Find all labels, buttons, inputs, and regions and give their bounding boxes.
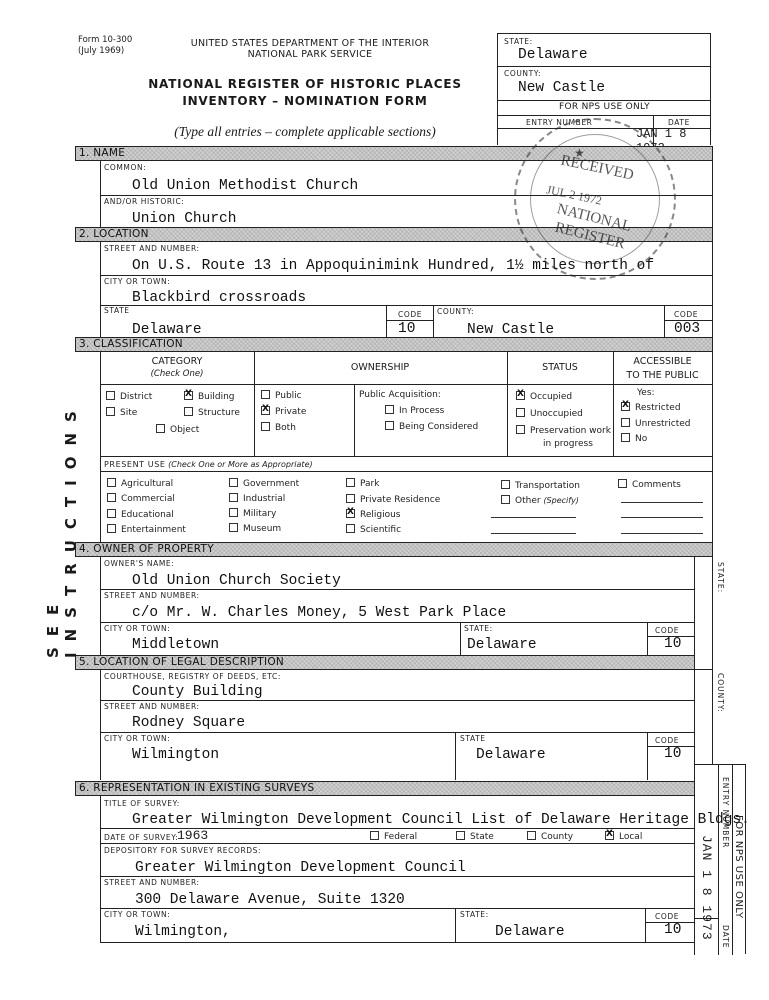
checkbox-commercial[interactable]: Commercial [107, 493, 175, 504]
section-classification-header: 3. CLASSIFICATION [75, 337, 713, 352]
survey-date-value[interactable]: 1963 [177, 828, 208, 843]
checkbox-site[interactable]: Site [106, 407, 137, 418]
accessible-header: ACCESSIBLE TO THE PUBLIC [613, 355, 712, 383]
checkbox-private[interactable]: Private [261, 406, 306, 417]
checkbox-icon [370, 831, 379, 840]
state-value[interactable]: Delaware [518, 47, 588, 63]
department-heading: UNITED STATES DEPARTMENT OF THE INTERIOR… [150, 38, 470, 60]
checkbox-icon [621, 433, 630, 442]
form-number: Form 10-300 (July 1969) [78, 35, 132, 57]
owner-city-label: CITY OR TOWN: [104, 624, 170, 633]
checkbox-label: Preservation work [530, 426, 611, 436]
owner-street-value[interactable]: c/o Mr. W. Charles Money, 5 West Park Pl… [132, 605, 506, 621]
checkbox-label: Local [619, 832, 642, 842]
checkbox-icon [107, 478, 116, 487]
checkbox-icon [229, 508, 238, 517]
survey-state-label: STATE: [460, 910, 489, 919]
checkbox-label: Other [515, 496, 541, 506]
checkbox-label: Educational [121, 510, 174, 520]
comments-line-2[interactable] [621, 517, 703, 518]
checkbox-label: Both [275, 423, 296, 433]
form-instructions: (Type all entries – complete applicable … [150, 124, 460, 140]
checkbox-label: Religious [360, 510, 401, 520]
other-line-2[interactable] [491, 533, 576, 534]
checkbox-label: Federal [384, 832, 417, 842]
survey-title-value[interactable]: Greater Wilmington Development Council L… [132, 812, 750, 828]
side-nps-box: ENTRY NUMBER DATE FOR NPS USE ONLY JAN 1… [694, 764, 746, 954]
category-header-text: CATEGORY [100, 355, 254, 368]
checkbox-icon [527, 831, 536, 840]
owner-name-value[interactable]: Old Union Church Society [132, 573, 341, 589]
checkbox-icon [107, 493, 116, 502]
checkbox-icon [618, 479, 627, 488]
checkbox-icon [106, 407, 115, 416]
checkbox-label: Restricted [635, 403, 681, 413]
checkbox-icon [346, 524, 355, 533]
owner-state-value[interactable]: Delaware [467, 637, 537, 653]
present-use-label: PRESENT USE [104, 460, 166, 469]
state-code-value[interactable]: 10 [398, 321, 415, 337]
checkbox-local[interactable]: Local [605, 831, 642, 842]
legal-city-label: CITY OR TOWN: [104, 734, 170, 743]
depository-label: DEPOSITORY FOR SURVEY RECORDS: [104, 846, 261, 855]
status-continuation: in progress [543, 439, 593, 449]
checkbox-label: Building [198, 392, 235, 402]
checkbox-checked-icon [261, 406, 270, 415]
section-surveys-header: 6. REPRESENTATION IN EXISTING SURVEYS [75, 781, 695, 796]
checkbox-icon [385, 405, 394, 414]
legal-city-value[interactable]: Wilmington [132, 747, 219, 763]
checkbox-label: District [120, 392, 152, 402]
checkbox-icon [184, 407, 193, 416]
section-location-header: 2. LOCATION [75, 227, 713, 242]
checkbox-icon [516, 425, 525, 434]
checkbox-icon [156, 424, 165, 433]
accessible-header-1: ACCESSIBLE [613, 355, 712, 369]
common-name-value[interactable]: Old Union Methodist Church [132, 178, 358, 194]
checkbox-label: Park [360, 479, 379, 489]
checkbox-object[interactable]: Object [156, 424, 199, 435]
side-date-value: JAN 1 8 1973 [699, 835, 714, 941]
survey-city-value[interactable]: Wilmington, [135, 924, 231, 940]
checkbox-comments[interactable]: Comments [618, 479, 681, 490]
checkbox-restricted[interactable]: Restricted [621, 402, 681, 413]
checkbox-private-residence[interactable]: Private Residence [346, 494, 440, 505]
checkbox-military[interactable]: Military [229, 508, 276, 519]
category-sub-text: (Check One) [100, 368, 254, 381]
date-label: DATE [668, 118, 690, 127]
checkbox-icon [229, 478, 238, 487]
owner-code-value[interactable]: 10 [664, 636, 681, 652]
checkbox-icon [516, 408, 525, 417]
legal-state-value[interactable]: Delaware [476, 747, 546, 763]
checkbox-label: Structure [198, 408, 240, 418]
checkbox-checked-icon [621, 402, 630, 411]
checkbox-county[interactable]: County [527, 831, 573, 842]
checkbox-icon [456, 831, 465, 840]
checkbox-icon [107, 509, 116, 518]
legal-street-label: STREET AND NUMBER: [104, 702, 200, 711]
checkbox-label: Site [120, 408, 137, 418]
nps-use-label: FOR NPS USE ONLY [498, 102, 711, 112]
checkbox-icon [346, 478, 355, 487]
accessible-yes-label: Yes: [637, 388, 655, 398]
checkbox-label: Industrial [243, 494, 285, 504]
checkbox-icon [229, 523, 238, 532]
legal-code-value[interactable]: 10 [664, 746, 681, 762]
ownership-header: OWNERSHIP [254, 362, 506, 373]
legal-state-label: STATE [460, 734, 486, 743]
street-label: STREET AND NUMBER: [104, 244, 200, 253]
checkbox-label: Private Residence [360, 495, 440, 505]
survey-street-value[interactable]: 300 Delaware Avenue, Suite 1320 [135, 892, 405, 908]
form-title: NATIONAL REGISTER OF HISTORIC PLACES INV… [130, 76, 480, 110]
checkbox-label: Government [243, 479, 299, 489]
checkbox-industrial[interactable]: Industrial [229, 493, 285, 504]
checkbox-label: Military [243, 509, 276, 519]
checkbox-building[interactable]: Building [184, 391, 235, 402]
courthouse-value[interactable]: County Building [132, 684, 263, 700]
checkbox-label: State [470, 832, 494, 842]
title-line-1: NATIONAL REGISTER OF HISTORIC PLACES [130, 76, 480, 93]
checkbox-structure[interactable]: Structure [184, 407, 240, 418]
checkbox-religious[interactable]: Religious [346, 509, 401, 520]
section-legal-header: 5. LOCATION OF LEGAL DESCRIPTION [75, 655, 695, 670]
entry-number-label: ENTRY NUMBER [526, 118, 593, 127]
checkbox-icon [346, 494, 355, 503]
checkbox-label: Museum [243, 524, 281, 534]
checkbox-transportation[interactable]: Transportation [501, 480, 580, 491]
checkbox-icon [261, 422, 270, 431]
checkbox-label: Unoccupied [530, 409, 583, 419]
state-code-label: CODE [398, 310, 422, 319]
survey-title-label: TITLE OF SURVEY: [104, 799, 180, 808]
checkbox-icon [501, 480, 510, 489]
county-value[interactable]: New Castle [518, 80, 605, 96]
form-number-text: Form 10-300 [78, 35, 132, 46]
checkbox-checked-icon [184, 391, 193, 400]
survey-street-label: STREET AND NUMBER: [104, 878, 200, 887]
checkbox-label: Occupied [530, 392, 572, 402]
survey-city-label: CITY OR TOWN: [104, 910, 170, 919]
checkbox-agricultural[interactable]: Agricultural [107, 478, 173, 489]
checkbox-preservation-work[interactable]: Preservation work [516, 425, 611, 436]
checkbox-entertainment[interactable]: Entertainment [107, 524, 186, 535]
survey-code-value[interactable]: 10 [664, 922, 681, 938]
checkbox-museum[interactable]: Museum [229, 523, 281, 534]
side-entry-number-label: ENTRY NUMBER [721, 777, 730, 848]
checkbox-educational[interactable]: Educational [107, 509, 174, 520]
street-value[interactable]: On U.S. Route 13 in Appoquinimink Hundre… [132, 258, 654, 274]
city-label: CITY OR TOWN: [104, 277, 170, 286]
checkbox-label: In Process [399, 406, 444, 416]
checkbox-checked-icon [516, 391, 525, 400]
side-state-label: STATE: [716, 562, 725, 593]
comments-line-1[interactable] [621, 502, 703, 503]
checkbox-district[interactable]: District [106, 391, 152, 402]
title-line-2: INVENTORY – NOMINATION FORM [130, 93, 480, 110]
courthouse-label: COURTHOUSE, REGISTRY OF DEEDS, ETC: [104, 672, 281, 681]
owner-name-label: OWNER'S NAME: [104, 559, 174, 568]
checkbox-other[interactable]: Other (Specify) [501, 495, 579, 506]
section-owner-header: 4. OWNER OF PROPERTY [75, 542, 713, 557]
county-code-label: CODE [674, 310, 698, 319]
side-county-label: COUNTY: [716, 673, 725, 713]
form-date-text: (July 1969) [78, 46, 132, 57]
county-value-loc[interactable]: New Castle [467, 322, 554, 338]
checkbox-no[interactable]: No [621, 433, 647, 444]
present-use-hint: (Check One or More as Appropriate) [168, 460, 312, 469]
depository-value[interactable]: Greater Wilmington Development Council [135, 860, 466, 876]
checkbox-label: Entertainment [121, 525, 186, 535]
checkbox-label: Unrestricted [635, 419, 690, 429]
checkbox-label: Public [275, 391, 302, 401]
common-name-label: COMMON: [104, 163, 146, 172]
side-date-label: DATE [721, 925, 730, 949]
other-line-1[interactable] [491, 517, 576, 518]
checkbox-icon [621, 418, 630, 427]
checkbox-both[interactable]: Both [261, 422, 296, 433]
state-value-loc[interactable]: Delaware [132, 322, 202, 338]
checkbox-icon [229, 493, 238, 502]
owner-code-label: CODE [655, 626, 679, 635]
checkbox-label: Transportation [515, 481, 580, 491]
checkbox-label: Agricultural [121, 479, 173, 489]
section-name-header: 1. NAME [75, 146, 713, 161]
checkbox-label: Commercial [121, 494, 175, 504]
checkbox-icon [107, 524, 116, 533]
state-label: STATE: [504, 37, 533, 46]
state-label-loc: STATE [104, 306, 130, 315]
department-text: UNITED STATES DEPARTMENT OF THE INTERIOR [150, 38, 470, 49]
checkbox-label: Comments [632, 480, 681, 490]
checkbox-public[interactable]: Public [261, 390, 302, 401]
checkbox-icon [261, 390, 270, 399]
service-text: NATIONAL PARK SERVICE [150, 49, 470, 60]
checkbox-being-considered[interactable]: Being Considered [385, 421, 478, 432]
county-code-value[interactable]: 003 [674, 321, 700, 337]
checkbox-icon [106, 391, 115, 400]
checkbox-icon [385, 421, 394, 430]
public-acquisition-label: Public Acquisition: [359, 390, 441, 400]
checkbox-label: Scientific [360, 525, 401, 535]
owner-city-value[interactable]: Middletown [132, 637, 219, 653]
legal-street-value[interactable]: Rodney Square [132, 715, 245, 731]
status-header: STATUS [507, 362, 613, 373]
survey-code-label: CODE [655, 912, 679, 921]
checkbox-icon [501, 495, 510, 504]
checkbox-checked-icon [605, 831, 614, 840]
legal-code-label: CODE [655, 736, 679, 745]
other-specify-hint: (Specify) [543, 496, 579, 505]
checkbox-occupied[interactable]: Occupied [516, 391, 572, 402]
checkbox-park[interactable]: Park [346, 478, 379, 489]
county-label-loc: COUNTY: [437, 307, 474, 316]
comments-line-3[interactable] [621, 533, 703, 534]
owner-street-label: STREET AND NUMBER: [104, 591, 200, 600]
checkbox-unrestricted[interactable]: Unrestricted [621, 418, 690, 429]
city-value[interactable]: Blackbird crossroads [132, 290, 306, 306]
checkbox-checked-icon [346, 509, 355, 518]
historic-name-value[interactable]: Union Church [132, 211, 236, 227]
checkbox-unoccupied[interactable]: Unoccupied [516, 408, 583, 419]
historic-name-label: AND/OR HISTORIC: [104, 197, 184, 206]
checkbox-in-process[interactable]: In Process [385, 405, 444, 416]
checkbox-government[interactable]: Government [229, 478, 299, 489]
owner-state-label: STATE: [464, 624, 493, 633]
checkbox-federal[interactable]: Federal [370, 831, 417, 842]
see-instructions: SEE INSTRUCTIONS [44, 368, 80, 658]
county-label: COUNTY: [504, 69, 541, 78]
checkbox-label: No [635, 434, 647, 444]
survey-state-value[interactable]: Delaware [495, 924, 565, 940]
accessible-header-2: TO THE PUBLIC [613, 369, 712, 383]
checkbox-state[interactable]: State [456, 831, 494, 842]
checkbox-label: Object [170, 425, 199, 435]
checkbox-scientific[interactable]: Scientific [346, 524, 401, 535]
state-county-box: STATE: Delaware COUNTY: New Castle FOR N… [497, 33, 711, 145]
category-header: CATEGORY (Check One) [100, 355, 254, 381]
survey-date-label: DATE OF SURVEY: [104, 833, 179, 842]
side-nps-label: FOR NPS USE ONLY [733, 815, 744, 919]
checkbox-label: Private [275, 407, 306, 417]
present-use-heading: PRESENT USE (Check One or More as Approp… [104, 460, 313, 469]
checkbox-label: Being Considered [399, 422, 478, 432]
checkbox-label: County [541, 832, 573, 842]
